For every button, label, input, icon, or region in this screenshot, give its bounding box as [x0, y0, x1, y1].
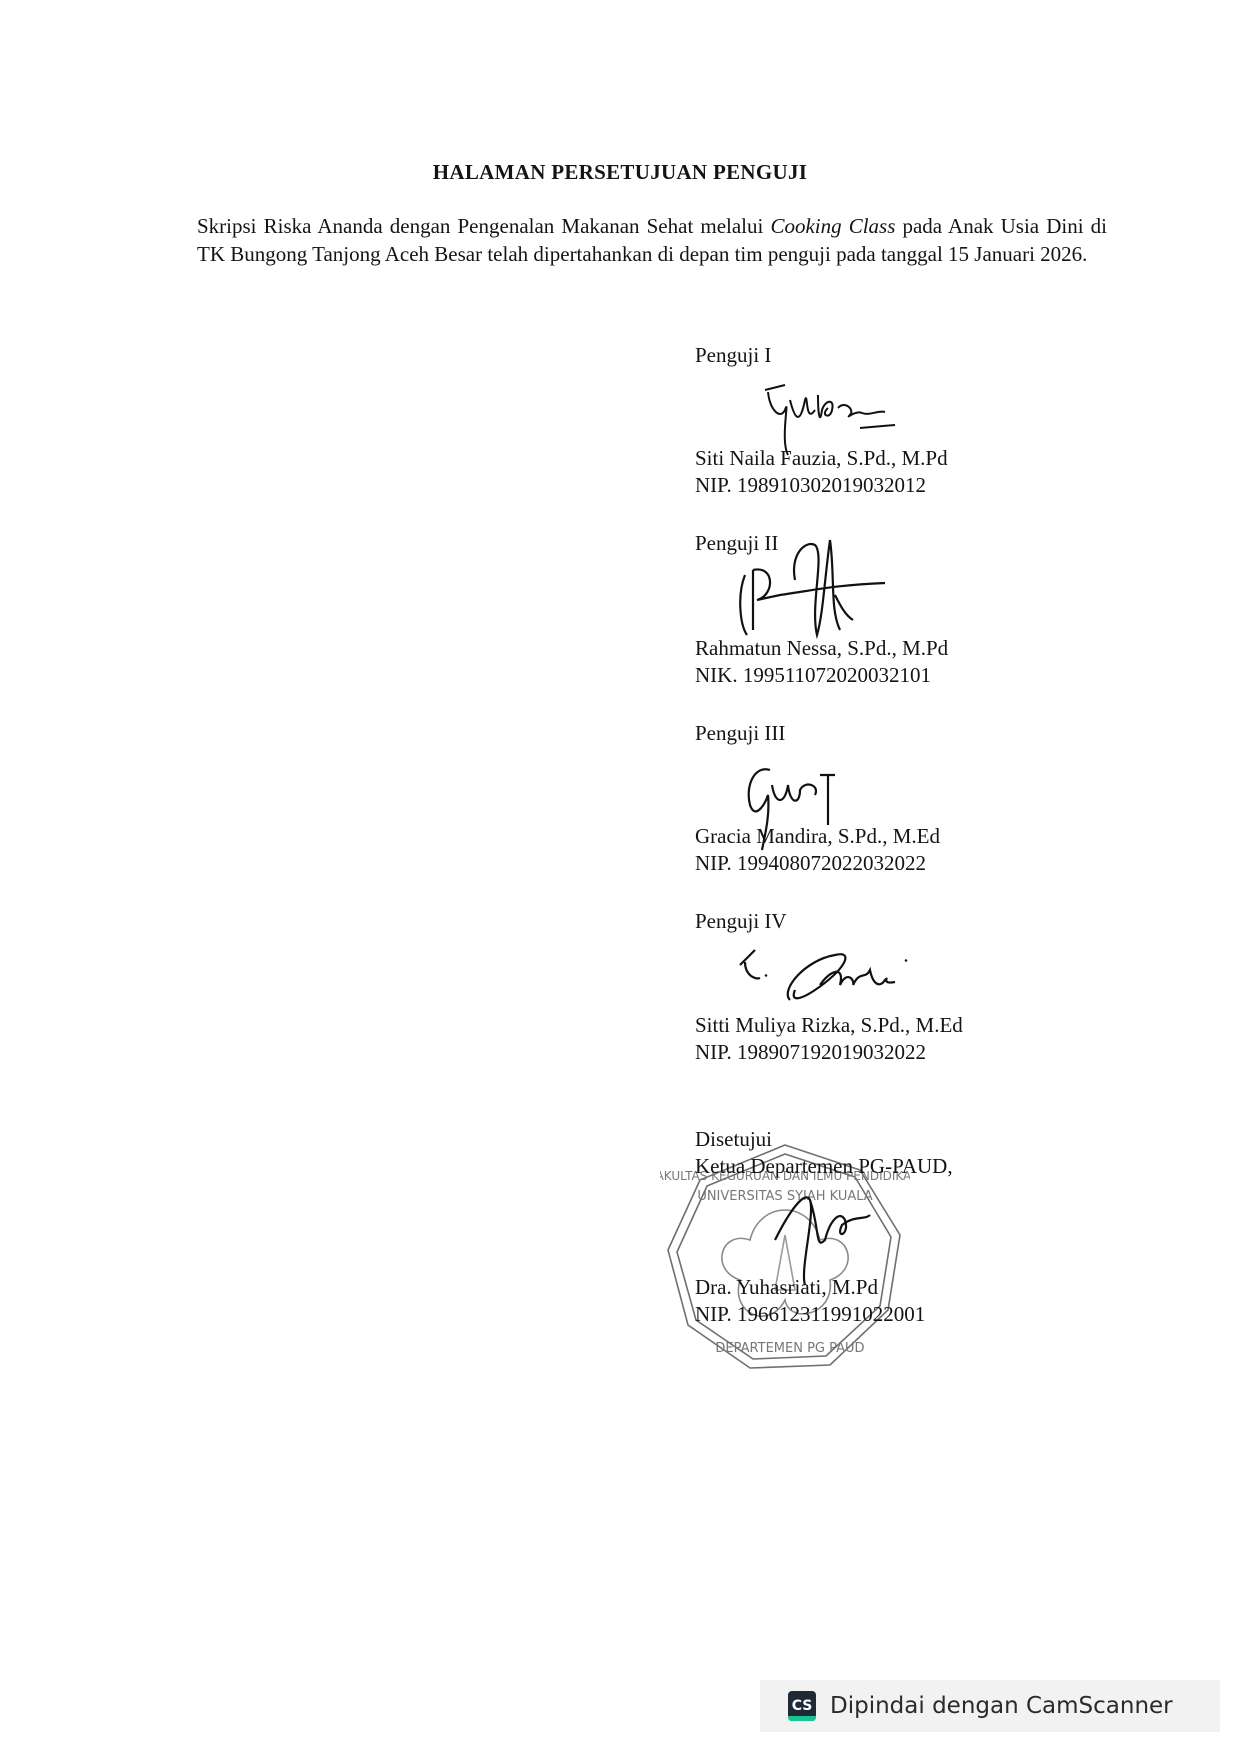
- stamp-bottom-text: DEPARTEMEN PG PAUD: [715, 1341, 864, 1356]
- intro-paragraph: Skripsi Riska Ananda dengan Pengenalan M…: [197, 212, 1107, 268]
- examiner-1-id: NIP. 198910302019032012: [695, 472, 926, 499]
- examiner-4-label: Penguji IV: [695, 908, 787, 935]
- examiner-2-name: Rahmatun Nessa, S.Pd., M.Pd: [695, 635, 948, 662]
- page-title: HALAMAN PERSETUJUAN PENGUJI: [0, 160, 1240, 185]
- intro-text-start: Skripsi Riska Ananda dengan Pengenalan M…: [197, 214, 770, 238]
- examiner-3-id: NIP. 199408072022032022: [695, 850, 926, 877]
- approval-name: Dra. Yuhasriati, M.Pd: [695, 1274, 878, 1301]
- approval-id: NIP. 196612311991022001: [695, 1301, 925, 1328]
- approval-label: Disetujui: [695, 1126, 772, 1153]
- examiner-3-label: Penguji III: [695, 720, 785, 747]
- camscanner-watermark: CS Dipindai dengan CamScanner: [760, 1680, 1220, 1732]
- examiner-4-id: NIP. 198907192019032022: [695, 1039, 926, 1066]
- signature-examiner-4: [735, 940, 935, 1015]
- camscanner-text: Dipindai dengan CamScanner: [830, 1693, 1173, 1719]
- examiner-3-name: Gracia Mandira, S.Pd., M.Ed: [695, 823, 940, 850]
- signature-examiner-2: [735, 535, 905, 650]
- approval-position: Ketua Departemen PG-PAUD,: [695, 1153, 953, 1180]
- intro-text-italic: Cooking Class: [770, 214, 895, 238]
- examiner-4-name: Sitti Muliya Rizka, S.Pd., M.Ed: [695, 1012, 963, 1039]
- examiner-1-label: Penguji I: [695, 342, 771, 369]
- examiner-1-name: Siti Naila Fauzia, S.Pd., M.Pd: [695, 445, 948, 472]
- camscanner-logo-icon: CS: [788, 1691, 816, 1721]
- examiner-2-id: NIK. 199511072020032101: [695, 662, 931, 689]
